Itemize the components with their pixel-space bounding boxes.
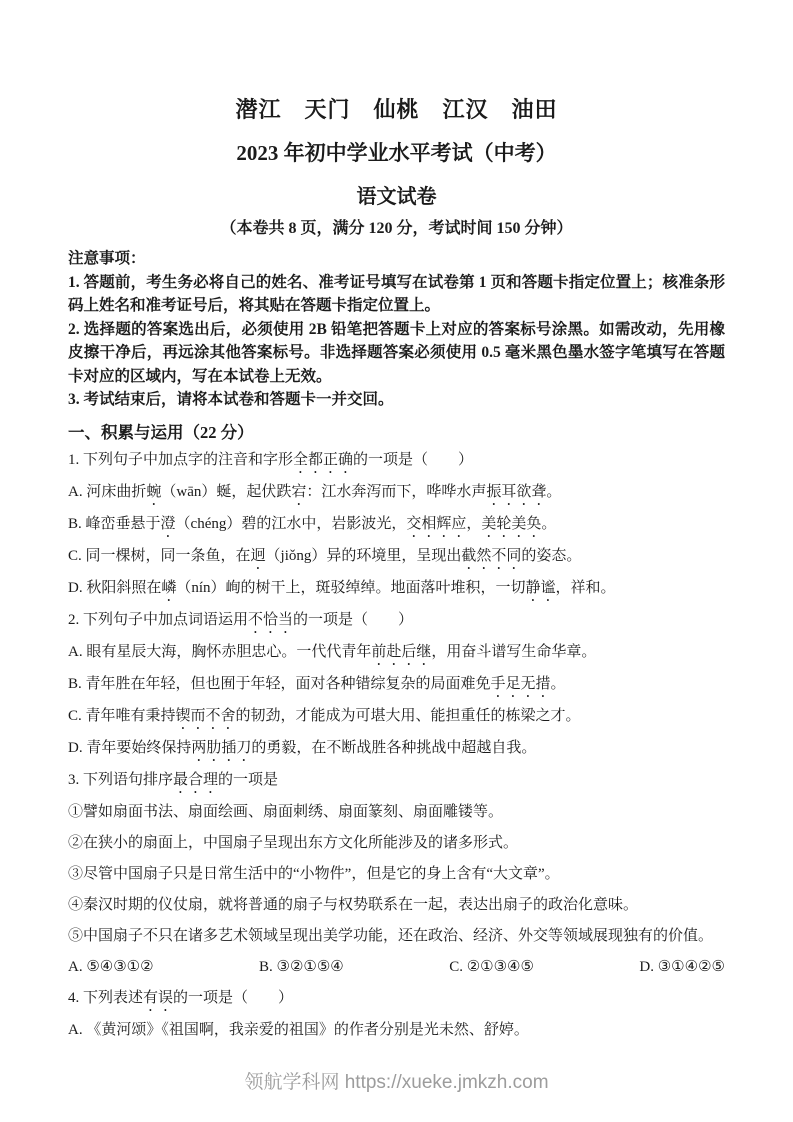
emphasized-text: 手足无措	[491, 676, 551, 692]
text-segment: 的勇毅，在不断战胜各种挑战中超越自我。	[251, 740, 536, 756]
question-3: 3. 下列语句排序最合理的一项是①譬如扇面书法、扇面绘画、扇面刺绣、扇面篆刻、扇…	[68, 765, 725, 952]
watermark-text: 领航学科网 https://xueke.jmkzh.com	[0, 1067, 793, 1094]
text-line: A. 《黄河颂》《祖国啊，我亲爱的祖国》的作者分别是光未然、舒婷。	[68, 1015, 725, 1046]
text-segment: ①譬如扇面书法、扇面绘画、扇面刺绣、扇面篆刻、扇面雕镂等。	[68, 804, 503, 820]
text-segment: B. 峰峦垂悬于	[68, 516, 161, 532]
text-line: ③尽管中国扇子只是日常生活中的“小物件”，但是它的身上含有“大文章”。	[68, 859, 725, 890]
text-segment: ，祥和。	[556, 580, 616, 596]
question-1: 1. 下列句子中加点字的注音和字形全都正确的一项是（ ）A. 河床曲折蜿（wān…	[68, 445, 725, 605]
text-line: A. 眼有星辰大海，胸怀赤胆忠心。一代代青年前赴后继，用奋斗谱写生命华章。	[68, 637, 725, 669]
emphasized-text: 迥	[251, 548, 266, 564]
emphasized-text: 美轮美奂	[481, 516, 541, 532]
text-segment: ，	[466, 516, 481, 532]
text-line: 3. 下列语句排序最合理的一项是	[68, 765, 725, 797]
text-line: B. 峰峦垂悬于澄（chéng）碧的江水中，岩影波光，交相辉应，美轮美奂。	[68, 509, 725, 541]
text-line: 1. 下列句子中加点字的注音和字形全都正确的一项是（ ）	[68, 445, 725, 477]
q3-choice-a: A. ⑤④③①②	[68, 952, 154, 983]
text-segment: （wān）蜒，起伏跌	[161, 484, 291, 500]
notice-item-1: 1. 答题前，考生务必将自己的姓名、准考证号填写在试卷第 1 页和答题卡指定位置…	[68, 271, 725, 318]
text-segment: C. 同一棵树，同一条鱼，在	[68, 548, 251, 564]
text-segment: ③尽管中国扇子只是日常生活中的“小物件”，但是它的身上含有“大文章”。	[68, 866, 560, 882]
text-segment: 3. 下列语句排序	[68, 772, 173, 788]
text-segment: A. 眼有星辰大海，胸怀赤胆忠心。一代代青年	[68, 644, 371, 660]
emphasized-text: 不恰当	[248, 612, 293, 628]
text-segment: A. 河床曲折	[68, 484, 146, 500]
exam-name-title: 2023 年初中学业水平考试（中考）	[68, 139, 725, 167]
text-segment: 。	[546, 484, 561, 500]
text-line: 2. 下列句子中加点词语运用不恰当的一项是（ ）	[68, 605, 725, 637]
notice-section: 注意事项： 1. 答题前，考生务必将自己的姓名、准考证号填写在试卷第 1 页和答…	[68, 247, 725, 412]
emphasized-text: 最合理	[173, 772, 218, 788]
text-segment: B. 青年胜在年轻，但也囿于年轻，面对各种错综复杂的局面难免	[68, 676, 491, 692]
text-line: ④秦汉时期的仪仗扇，就将普通的扇子与权势联系在一起，表达出扇子的政治化意味。	[68, 890, 725, 921]
emphasized-text: 嶙	[161, 580, 176, 596]
text-line: B. 青年胜在年轻，但也囿于年轻，面对各种错综复杂的局面难免手足无措。	[68, 669, 725, 701]
text-segment: ④秦汉时期的仪仗扇，就将普通的扇子与权势联系在一起，表达出扇子的政治化意味。	[68, 897, 638, 913]
text-line: C. 同一棵树，同一条鱼，在迥（jiǒng）异的环境里，呈现出截然不同的姿态。	[68, 541, 725, 573]
text-segment: 的一项是（ ）	[353, 452, 473, 468]
text-segment: 。	[541, 516, 556, 532]
text-segment: C. 青年唯有秉持	[68, 708, 176, 724]
notice-item-3: 3. 考试结束后，请将本试卷和答题卡一并交回。	[68, 388, 725, 412]
text-line: C. 青年唯有秉持锲而不舍的韧劲，才能成为可堪大用、能担重任的栋梁之才。	[68, 701, 725, 733]
exam-paper-page: 潜江 天门 仙桃 江汉 油田 2023 年初中学业水平考试（中考） 语文试卷 （…	[0, 0, 793, 1122]
emphasized-text: 两肋插刀	[191, 740, 251, 756]
paper-subject-title: 语文试卷	[68, 183, 725, 211]
text-line: ⑤中国扇子不只在诸多艺术领域呈现出美学功能，还在政治、经济、外交等领域展现独有的…	[68, 921, 725, 952]
text-segment: ⑤中国扇子不只在诸多艺术领域呈现出美学功能，还在政治、经济、外交等领域展现独有的…	[68, 928, 713, 944]
text-segment: 4. 下列表述	[68, 990, 143, 1006]
text-line: D. 青年要始终保持两肋插刀的勇毅，在不断战胜各种挑战中超越自我。	[68, 733, 725, 765]
emphasized-text: 有误	[143, 990, 173, 1006]
text-segment: （nín）峋的树干上，斑驳绰绰。地面落叶堆积，一切	[176, 580, 525, 596]
question-4: 4. 下列表述有误的一项是（ ）A. 《黄河颂》《祖国啊，我亲爱的祖国》的作者分…	[68, 983, 725, 1046]
emphasized-text: 全都正确	[293, 452, 353, 468]
text-segment: 。	[551, 676, 566, 692]
text-segment: ，用奋斗谱写生命华章。	[431, 644, 596, 660]
q3-choice-c: C. ②①③④⑤	[449, 952, 534, 983]
text-segment: 的一项是（ ）	[173, 990, 293, 1006]
text-segment: 的一项是（ ）	[293, 612, 413, 628]
emphasized-text: 蜿	[146, 484, 161, 500]
exam-regions-title: 潜江 天门 仙桃 江汉 油田	[68, 96, 725, 124]
text-line: 4. 下列表述有误的一项是（ ）	[68, 983, 725, 1015]
q3-choice-b: B. ③②①⑤④	[259, 952, 344, 983]
notice-item-2: 2. 选择题的答案选出后，必须使用 2B 铅笔把答题卡上对应的答案标号涂黑。如需…	[68, 318, 725, 389]
text-segment: 的一项是	[218, 772, 278, 788]
page-content: 潜江 天门 仙桃 江汉 油田 2023 年初中学业水平考试（中考） 语文试卷 （…	[0, 0, 793, 1046]
text-segment: 1. 下列句子中加点字的注音和字形	[68, 452, 293, 468]
text-segment: （jiǒng）异的环境里，呈现出	[266, 548, 462, 564]
emphasized-text: 锲而不舍	[176, 708, 236, 724]
emphasized-text: 交相辉应	[406, 516, 466, 532]
text-segment: （chéng）碧的江水中，岩影波光，	[176, 516, 407, 532]
text-segment: D. 青年要始终保持	[68, 740, 191, 756]
question-2: 2. 下列句子中加点词语运用不恰当的一项是（ ）A. 眼有星辰大海，胸怀赤胆忠心…	[68, 605, 725, 765]
text-line: ①譬如扇面书法、扇面绘画、扇面刺绣、扇面篆刻、扇面雕镂等。	[68, 797, 725, 828]
text-line: ②在狭小的扇面上，中国扇子呈现出东方文化所能涉及的诸多形式。	[68, 828, 725, 859]
emphasized-text: 振耳欲聋	[486, 484, 546, 500]
text-segment: 2. 下列句子中加点词语运用	[68, 612, 248, 628]
emphasized-text: 澄	[161, 516, 176, 532]
text-segment: ：江水奔泻而下，哗哗水声	[306, 484, 486, 500]
text-line: A. 河床曲折蜿（wān）蜒，起伏跌宕：江水奔泻而下，哗哗水声振耳欲聋。	[68, 477, 725, 509]
text-segment: D. 秋阳斜照在	[68, 580, 161, 596]
section-1-heading: 一、积累与运用（22 分）	[68, 420, 725, 445]
text-segment: 的韧劲，才能成为可堪大用、能担重任的栋梁之才。	[236, 708, 581, 724]
question-3-choices: A. ⑤④③①② B. ③②①⑤④ C. ②①③④⑤ D. ③①④②⑤	[68, 952, 725, 983]
paper-header: 潜江 天门 仙桃 江汉 油田 2023 年初中学业水平考试（中考） 语文试卷 （…	[68, 96, 725, 241]
q3-choice-d: D. ③①④②⑤	[639, 952, 725, 983]
notice-title: 注意事项：	[68, 247, 725, 271]
text-line: D. 秋阳斜照在嶙（nín）峋的树干上，斑驳绰绰。地面落叶堆积，一切静谧，祥和。	[68, 573, 725, 605]
emphasized-text: 截然不同	[461, 548, 521, 564]
text-segment: A. 《黄河颂》《祖国啊，我亲爱的祖国》的作者分别是光未然、舒婷。	[68, 1022, 529, 1038]
text-segment: 的姿态。	[521, 548, 581, 564]
emphasized-text: 宕	[291, 484, 306, 500]
text-segment: ②在狭小的扇面上，中国扇子呈现出东方文化所能涉及的诸多形式。	[68, 835, 518, 851]
paper-info-line: （本卷共 8 页，满分 120 分，考试时间 150 分钟）	[68, 217, 725, 241]
emphasized-text: 前赴后继	[371, 644, 431, 660]
emphasized-text: 静谧	[526, 580, 556, 596]
